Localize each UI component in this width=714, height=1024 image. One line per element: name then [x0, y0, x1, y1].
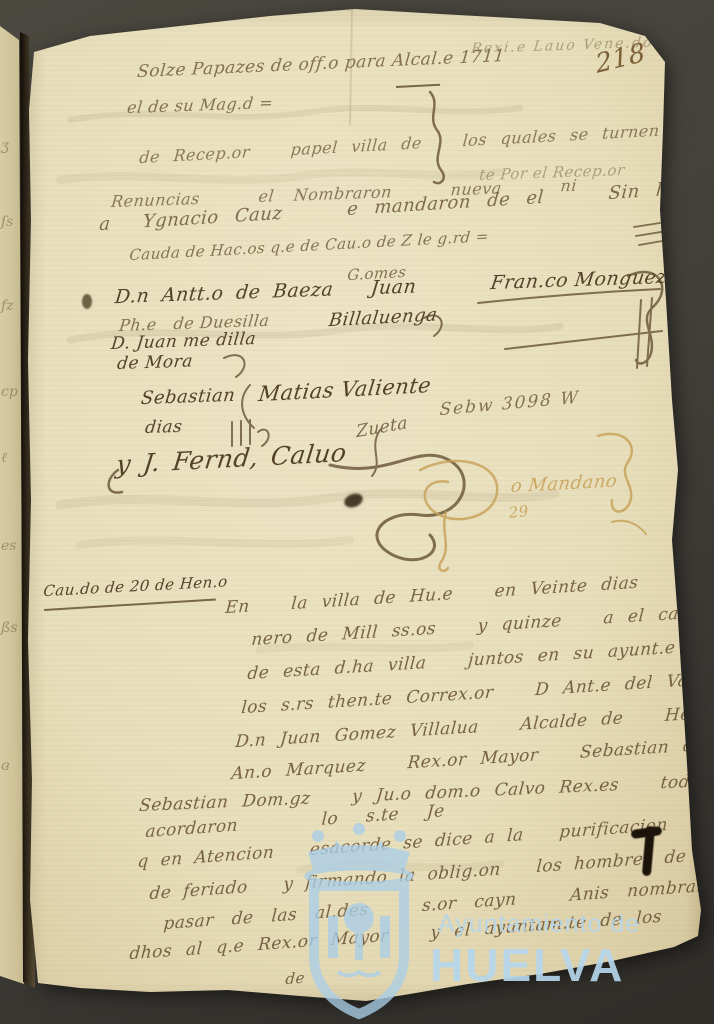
scanned-manuscript-photo: ʒ ſs fz cp ℓ es ßs ɞ 218 Solze Papaz: [0, 0, 714, 1024]
huelva-crest-watermark-icon: [298, 820, 420, 1022]
watermark-org-text: Ayuntamiento de: [438, 910, 640, 939]
gold-ink-rubrics: [420, 434, 646, 571]
crest-shapes: [307, 823, 411, 1014]
ink-blot: [82, 294, 92, 309]
watermark-city-text: HUELVA: [430, 938, 624, 992]
brown-ink-rubrics: [109, 92, 668, 560]
